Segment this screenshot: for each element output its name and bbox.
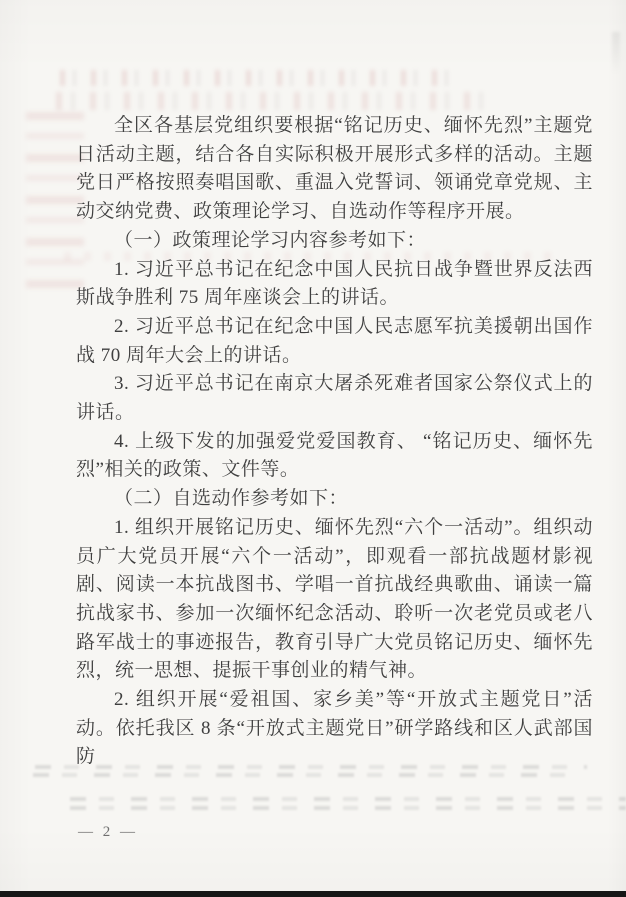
list-item-1-3: 3. 习近平总书记在南京大屠杀死难者国家公祭仪式上的讲话。	[76, 370, 593, 427]
heading-section-1: （一）政策理论学习内容参考如下：	[76, 227, 593, 256]
scanned-page: 全区各基层党组织要根据“铭记历史、缅怀先烈”主题党日活动主题，结合各自实际积极开…	[0, 0, 626, 897]
bleedthrough-top-artifact	[56, 92, 496, 110]
paragraph-intro: 全区各基层党组织要根据“铭记历史、缅怀先烈”主题党日活动主题，结合各自实际积极开…	[76, 112, 593, 227]
list-item-2-2: 2. 组织开展“爱祖国、家乡美”等“开放式主题党日”活动。依托我区 8 条“开放…	[76, 686, 593, 772]
heading-section-2: （二）自选动作参考如下：	[76, 485, 593, 514]
list-item-1-2: 2. 习近平总书记在纪念中国人民志愿军抗美援朝出国作战 70 周年大会上的讲话。	[76, 313, 593, 370]
document-text-block: 全区各基层党组织要根据“铭记历史、缅怀先烈”主题党日活动主题，结合各自实际积极开…	[76, 112, 593, 772]
scan-edge-bar	[0, 891, 626, 897]
bleedthrough-bottom-line-artifact	[33, 773, 578, 777]
list-item-2-1: 1. 组织开展铭记历史、缅怀先烈“六个一活动”。组织动员广大党员开展“六个一活动…	[76, 514, 593, 686]
scan-crease-artifact	[612, 32, 620, 74]
bleedthrough-top-artifact	[60, 70, 450, 86]
page-number: — 2 —	[78, 824, 138, 841]
bleedthrough-bottom-line-artifact	[70, 806, 626, 810]
list-item-1-4: 4. 上级下发的加强爱党爱国教育、 “铭记历史、缅怀先烈”相关的政策、文件等。	[76, 428, 593, 485]
bleedthrough-bottom-line-artifact	[70, 797, 626, 801]
list-item-1-1: 1. 习近平总书记在纪念中国人民抗日战争暨世界反法西斯战争胜利 75 周年座谈会…	[76, 256, 593, 313]
